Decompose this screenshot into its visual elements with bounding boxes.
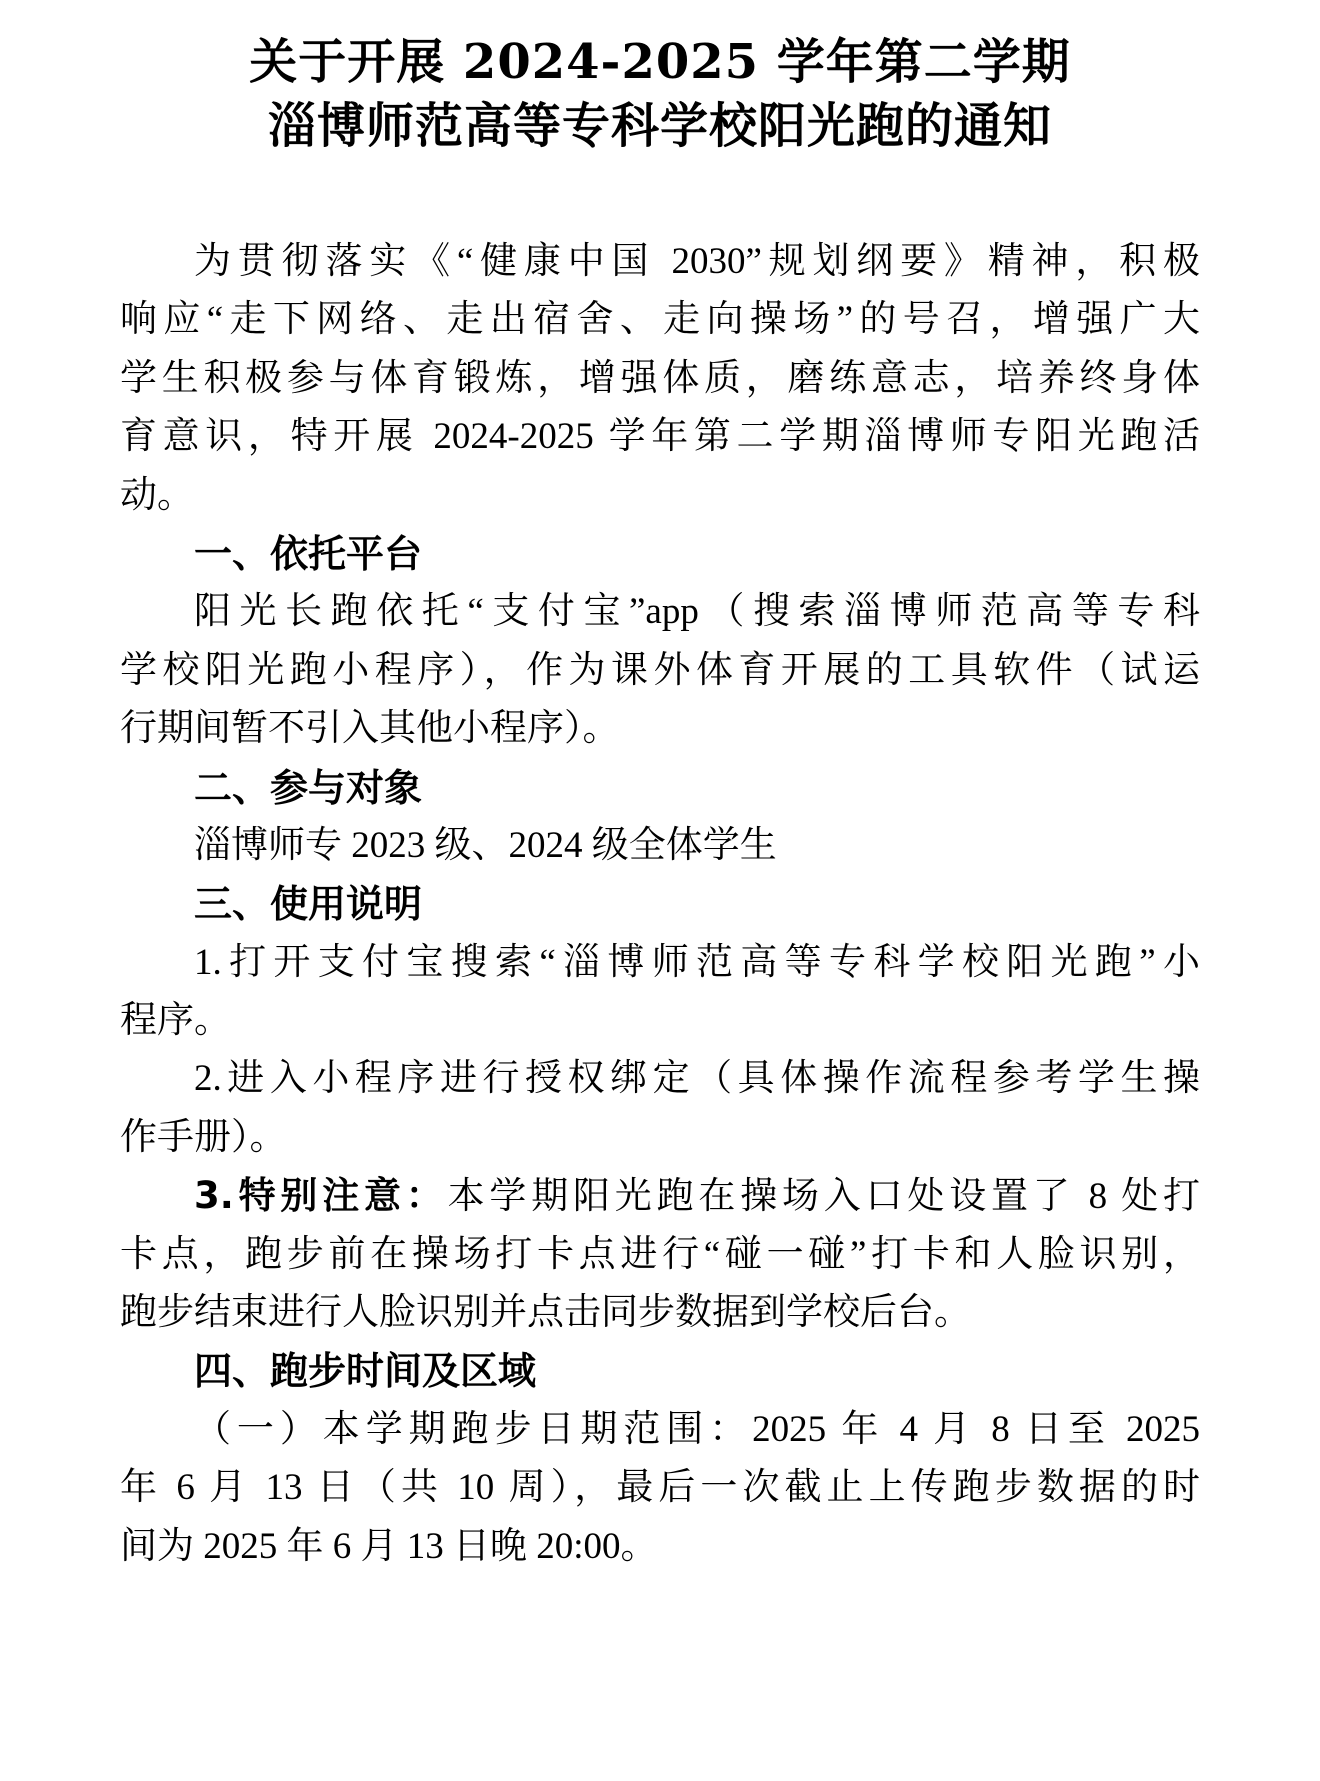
body-line: 间为 2025 年 6 月 13 日晚 20:00。 — [120, 1518, 1200, 1576]
notice-title: 关于开展 2024-2025 学年第二学期 淄博师范高等专科学校阳光跑的通知 — [120, 30, 1200, 158]
body-line: 学校阳光跑小程序），作为课外体育开展的工具软件（试运 — [120, 642, 1200, 700]
body-line: 1.打开支付宝搜索“淄博师范高等专科学校阳光跑”小 — [120, 934, 1200, 992]
section-heading-participants: 二、参与对象 — [120, 759, 1200, 817]
body-line: 2.进入小程序进行授权绑定（具体操作流程参考学生操 — [120, 1050, 1200, 1108]
body-line: 作手册）。 — [120, 1109, 1200, 1167]
notice-body: 为贯彻落实《“健康中国 2030”规划纲要》精神，积极 响应“走下网络、走出宿舍… — [120, 233, 1200, 1576]
notice-title-line-2: 淄博师范高等专科学校阳光跑的通知 — [120, 94, 1200, 158]
special-note-rest: 本学期阳光跑在操场入口处设置了 8 处打 — [448, 1176, 1200, 1217]
body-line: 程序。 — [120, 992, 1200, 1050]
body-line: 年 6 月 13 日（共 10 周），最后一次截止上传跑步数据的时 — [120, 1459, 1200, 1517]
body-line: 为贯彻落实《“健康中国 2030”规划纲要》精神，积极 — [120, 233, 1200, 291]
body-line: 动。 — [120, 467, 1200, 525]
section-heading-platform: 一、依托平台 — [120, 525, 1200, 583]
body-line: 响应“走下网络、走出宿舍、走向操场”的号召，增强广大 — [120, 291, 1200, 349]
body-line: 卡点，跑步前在操场打卡点进行“碰一碰”打卡和人脸识别， — [120, 1226, 1200, 1284]
body-line: 淄博师专 2023 级、2024 级全体学生 — [120, 817, 1200, 875]
section-heading-time-area: 四、跑步时间及区域 — [120, 1342, 1200, 1400]
document-page: 关于开展 2024-2025 学年第二学期 淄博师范高等专科学校阳光跑的通知 为… — [0, 0, 1320, 1781]
body-line: 跑步结束进行人脸识别并点击同步数据到学校后台。 — [120, 1284, 1200, 1342]
section-heading-instructions: 三、使用说明 — [120, 875, 1200, 933]
body-line: （一）本学期跑步日期范围：2025 年 4 月 8 日至 2025 — [120, 1401, 1200, 1459]
body-line: 学生积极参与体育锻炼，增强体质，磨练意志，培养终身体 — [120, 350, 1200, 408]
body-line: 行期间暂不引入其他小程序）。 — [120, 700, 1200, 758]
body-line-special-note: 3.特别注意：本学期阳光跑在操场入口处设置了 8 处打 — [120, 1167, 1200, 1225]
notice-title-line-1: 关于开展 2024-2025 学年第二学期 — [120, 30, 1200, 94]
body-line: 育意识，特开展 2024-2025 学年第二学期淄博师专阳光跑活 — [120, 408, 1200, 466]
body-line: 阳光长跑依托“支付宝”app（搜索淄博师范高等专科 — [120, 583, 1200, 641]
special-note-bold-label: 3.特别注意： — [194, 1174, 448, 1217]
